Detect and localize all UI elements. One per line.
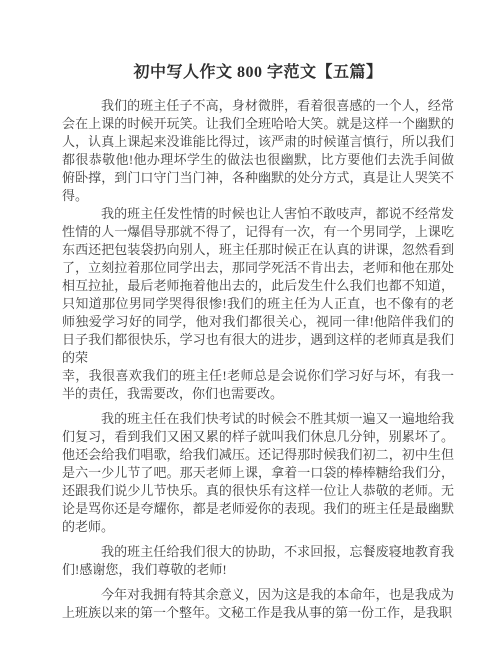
essay-paragraph-6: 今年对我拥有特其余意义，因为这是我的本命年，也是我成为上班族以来的第一个整年。文… — [62, 586, 454, 622]
essay-paragraph-1: 我们的班主任子不高，身材微胖，看着很喜感的一个人，经常会在上课的时候开玩笑。让我… — [62, 97, 454, 205]
document-title: 初中写人作文 800 字范文【五篇】 — [62, 62, 454, 83]
essay-paragraph-3-continuation: 幸，我很喜欢我们的班主任!老师总是会说你们学习好与坏，有我一半的责任，我需要改，… — [62, 367, 454, 403]
document-page: 初中写人作文 800 字范文【五篇】 我们的班主任子不高，身材微胖，看着很喜感的… — [0, 0, 500, 647]
essay-paragraph-5: 我的班主任给我们很大的协助，不求回报，忘餐废寝地教育我们!感谢您，我们尊敬的老师… — [62, 543, 454, 579]
essay-paragraph-4: 我的班主任在我们快考试的时候会不胜其烦一遍又一遍地给我们复习，看到我们又困又累的… — [62, 410, 454, 536]
document-body: 我们的班主任子不高，身材微胖，看着很喜感的一个人，经常会在上课的时候开玩笑。让我… — [62, 97, 454, 622]
essay-paragraph-2: 我的班主任发性情的时候也让人害怕不敢吱声，都说不经常发性情的人一爆倡导那就不得了… — [62, 205, 454, 367]
